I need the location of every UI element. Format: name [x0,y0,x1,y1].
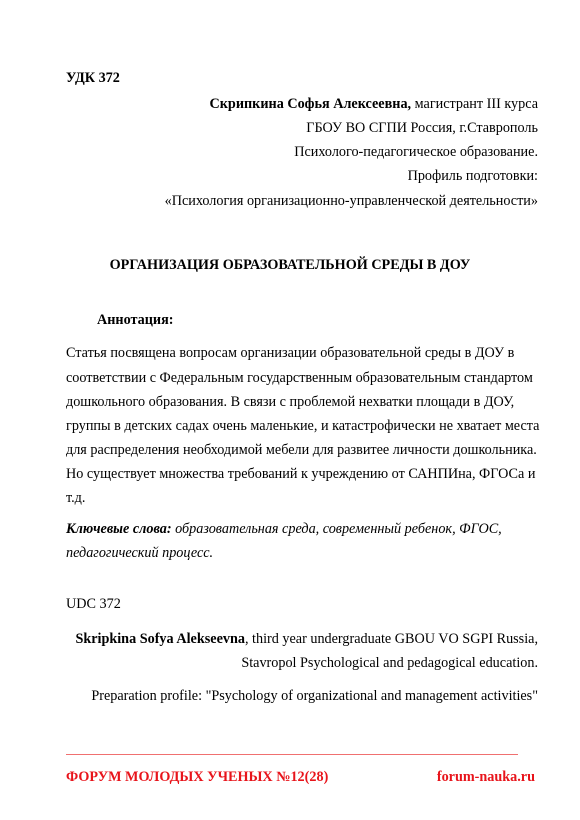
keywords-line: Ключевые слова: образовательная среда, с… [66,521,502,538]
english-author-status: , third year undergraduate GBOU VO SGPI … [245,631,538,647]
annotation-heading: Аннотация: [97,312,174,329]
profile-label: Профиль подготовки: [408,168,538,185]
english-organization: Stavropol Psychological and pedagogical … [241,655,538,672]
author-line: Скрипкина Софья Алексеевна, магистрант I… [210,96,538,113]
journal-site-link[interactable]: forum-nauka.ru [437,769,535,786]
udk-code: УДК 372 [66,70,120,87]
specialty: Психолого-педагогическое образование. [294,144,538,161]
footer-divider [66,754,518,755]
annotation-line: Но существует множества требований к учр… [66,466,535,483]
keywords-values: образовательная среда, современный ребен… [172,521,502,537]
journal-name: ФОРУМ МОЛОДЫХ УЧЕНЫХ №12(28) [66,769,328,786]
keywords-label: Ключевые слова: [66,521,172,537]
english-author-line: Skripkina Sofya Alekseevna, third year u… [75,631,538,648]
english-profile: Preparation profile: "Psychology of orga… [91,688,538,705]
article-title: ОРГАНИЗАЦИЯ ОБРАЗОВАТЕЛЬНОЙ СРЕДЫ В ДОУ [0,257,580,274]
annotation-line: соответствии с Федеральным государственн… [66,370,533,387]
annotation-line: дошкольного образования. В связи с пробл… [66,394,514,411]
annotation-line: т.д. [66,490,85,507]
author-status: магистрант III курса [411,96,538,112]
annotation-line: группы в детских садах очень маленькие, … [66,418,539,435]
author-name: Скрипкина Софья Алексеевна, [210,96,412,112]
keywords-line: педагогический процесс. [66,545,213,562]
organization: ГБОУ ВО СГПИ Россия, г.Ставрополь [306,120,538,137]
annotation-line: для распределения необходимой мебели для… [66,442,537,459]
annotation-line: Статья посвящена вопросам организации об… [66,345,514,362]
udc-code: UDC 372 [66,596,121,613]
english-author-name: Skripkina Sofya Alekseevna [75,631,245,647]
profile-value: «Психология организационно-управленческо… [165,193,538,210]
